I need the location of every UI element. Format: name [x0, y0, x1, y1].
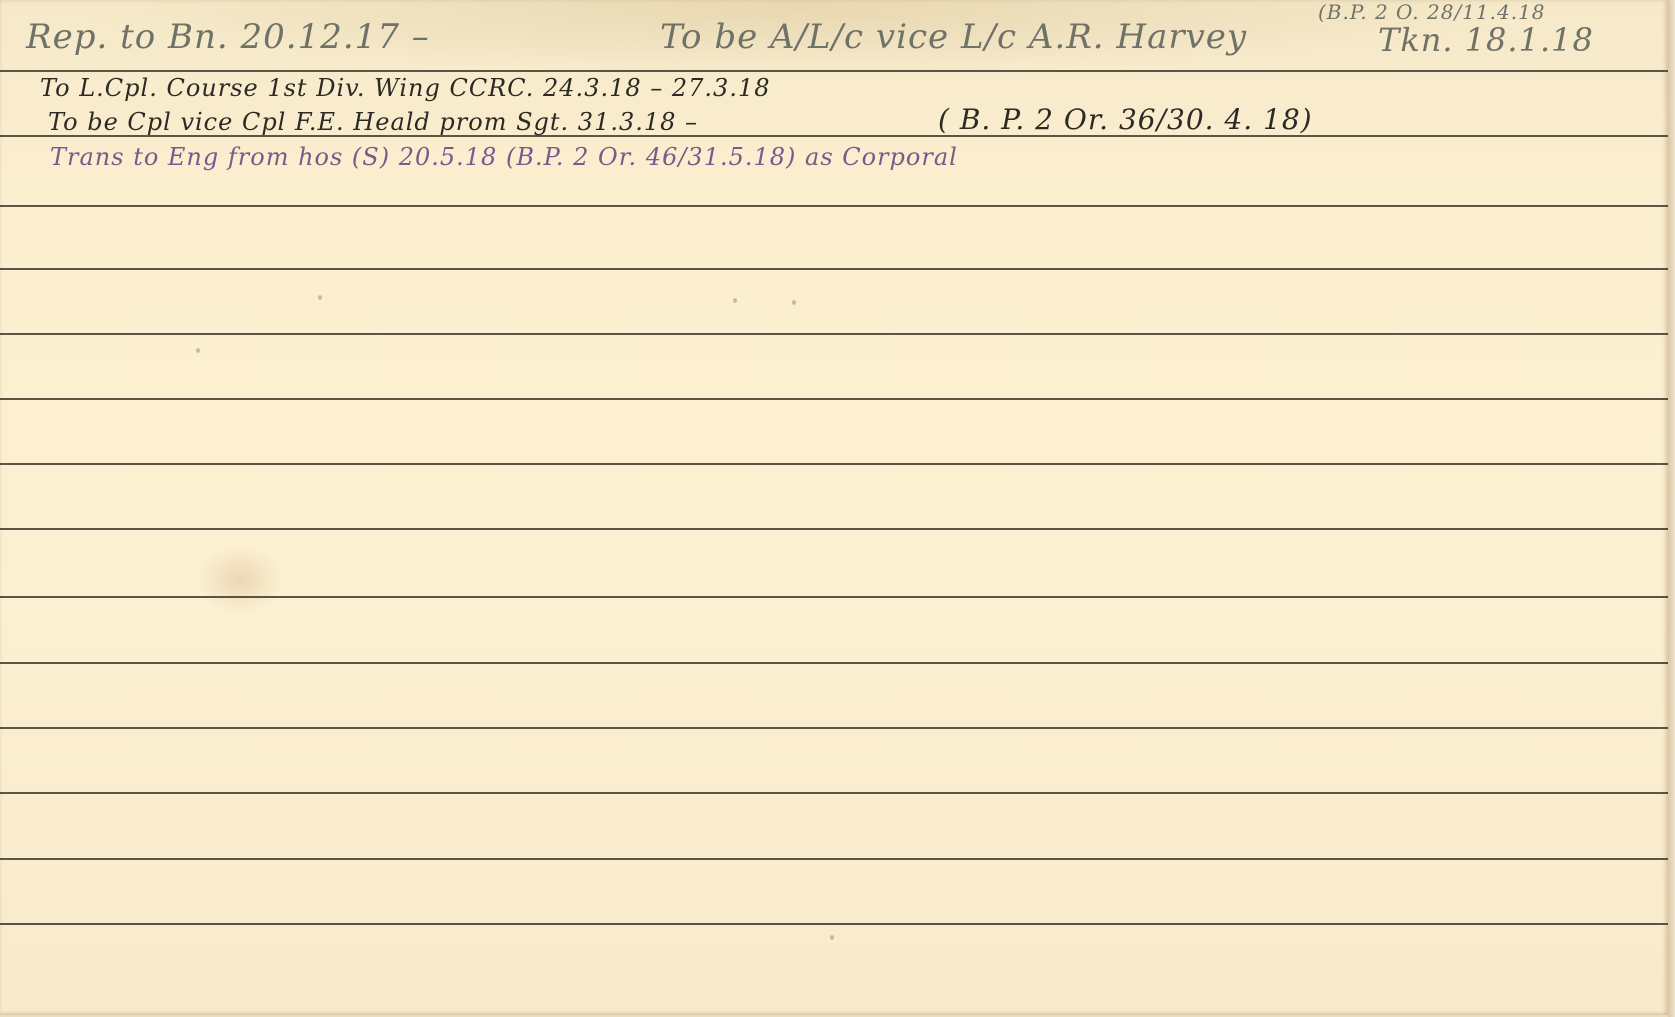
record-card: Rep. to Bn. 20.12.17 – To be A/L/c vice …: [0, 0, 1668, 1015]
paper-speck: [318, 295, 322, 300]
ruled-line: [0, 662, 1668, 664]
ruled-line: [0, 923, 1668, 925]
ruled-line: [0, 463, 1668, 465]
entry-transfer-to-england: Trans to Eng from hos (S) 20.5.18 (B.P. …: [50, 145, 958, 169]
entry-part-two-order-reference: (B.P. 2 O. 28/11.4.18: [1318, 2, 1546, 22]
paper-speck: [196, 348, 200, 353]
entry-taken-on-date: Tkn. 18.1.18: [1378, 24, 1594, 56]
paper-speck: [792, 300, 796, 305]
ruled-line: [0, 858, 1668, 860]
ruled-line: [0, 727, 1668, 729]
ruled-line: [0, 70, 1668, 72]
entry-reported-to-battalion: Rep. to Bn. 20.12.17 –: [26, 20, 430, 54]
ruled-line: [0, 333, 1668, 335]
ruled-line: [0, 528, 1668, 530]
ruled-line: [0, 596, 1668, 598]
entry-appointment-acting-lance-corporal: To be A/L/c vice L/c A.R. Harvey: [660, 20, 1247, 54]
entry-promotion-to-corporal: To be Cpl vice Cpl F.E. Heald prom Sgt. …: [48, 110, 698, 134]
entry-promotion-order-reference: ( B. P. 2 Or. 36/30. 4. 18): [938, 106, 1313, 134]
ruled-line: [0, 268, 1668, 270]
entry-lance-corporal-course: To L.Cpl. Course 1st Div. Wing CCRC. 24.…: [40, 76, 771, 100]
ruled-line: [0, 792, 1668, 794]
paper-speck: [830, 935, 834, 940]
paper-speck: [733, 298, 737, 303]
ruled-line: [0, 205, 1668, 207]
ruled-line: [0, 398, 1668, 400]
card-edge: [1668, 0, 1675, 1017]
